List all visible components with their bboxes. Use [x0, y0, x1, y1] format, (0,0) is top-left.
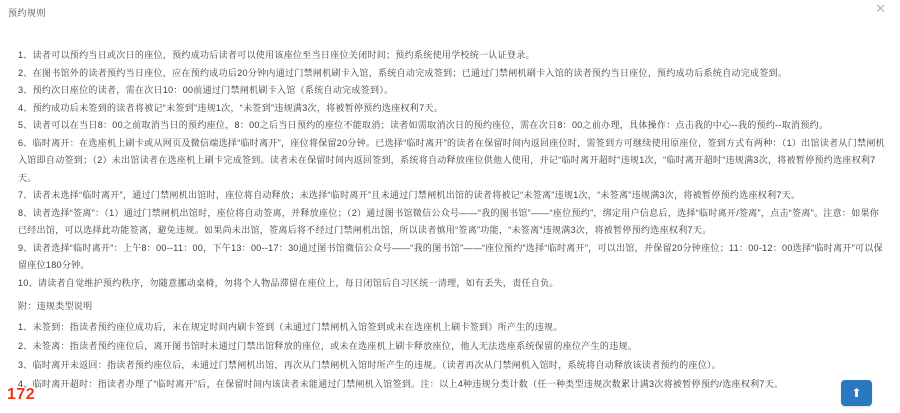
rule-item-1: 1、读者可以预约当日或次日的座位，预约成功后读者可以使用该座位至当日座位关闭时间…: [18, 47, 886, 65]
rule-item-9: 9、读者选择“临时离开”：上午8：00--11：00，下午13：00--17：3…: [18, 240, 886, 275]
rules-list: 1、读者可以预约当日或次日的座位，预约成功后读者可以使用该座位至当日座位关闭时间…: [18, 47, 886, 292]
rule-item-6: 6、临时离开：在选座机上刷卡或从网页及微信端选择“临时离开”，座位将保留20分钟…: [18, 135, 886, 188]
appendix-item-1: 1、未签到：指读者预约座位成功后，未在规定时间内刷卡签到（未通过门禁闸机入馆签到…: [18, 318, 886, 337]
arrow-up-icon: ⬆: [851, 386, 861, 400]
rule-item-2: 2、在图书馆外的读者预约当日座位，应在预约成功后20分钟内通过门禁闸机刷卡入馆，…: [18, 65, 886, 83]
record-count: 172: [7, 386, 35, 404]
rule-item-3: 3、预约次日座位的读者，需在次日10：00前通过门禁闸机刷卡入馆（系统自动完成签…: [18, 82, 886, 100]
rule-item-7: 7、读者未选择“临时离开”，通过门禁闸机出馆时，座位将自动释放；未选择“临时离开…: [18, 187, 886, 205]
rule-item-5: 5、读者可以在当日8：00之前取消当日的预约座位，8：00之后当日预约的座位不能…: [18, 117, 886, 135]
appendix-heading: 附：违规类型说明: [18, 297, 886, 316]
close-icon[interactable]: ✕: [875, 2, 886, 16]
page-title: 预约规则: [8, 6, 46, 19]
appendix-item-4: 4、临时离开超时：指读者办理了“临时离开”后，在保留时间内该读者未能通过门禁闸机…: [18, 375, 886, 394]
rule-item-10: 10、请读者自觉维护预约秩序，勿随意挪动桌椅，勿将个人物品滞留在座位上，每日闭馆…: [18, 275, 886, 293]
back-to-top-button[interactable]: ⬆: [841, 380, 872, 406]
rules-content: 1、读者可以预约当日或次日的座位，预约成功后读者可以使用该座位至当日座位关闭时间…: [18, 47, 886, 394]
appendix-item-3: 3、临时离开未返回：指读者预约座位后，未通过门禁闸机出馆，再次从门禁闸机入馆时所…: [18, 356, 886, 375]
appendix-section: 附：违规类型说明 1、未签到：指读者预约座位成功后，未在规定时间内刷卡签到（未通…: [18, 297, 886, 394]
rule-item-4: 4、预约成功后未签到的读者将被记“未签到”违规1次，“未签到”违规满3次，将被暂…: [18, 100, 886, 118]
appendix-item-2: 2、未签离：指读者预约座位后，离开图书馆时未通过门禁出馆释放的座位，或未在选座机…: [18, 337, 886, 356]
rule-item-8: 8、读者选择“签离”：（1）通过门禁闸机出馆时，座位将自动签离，并释放座位；（2…: [18, 205, 886, 240]
